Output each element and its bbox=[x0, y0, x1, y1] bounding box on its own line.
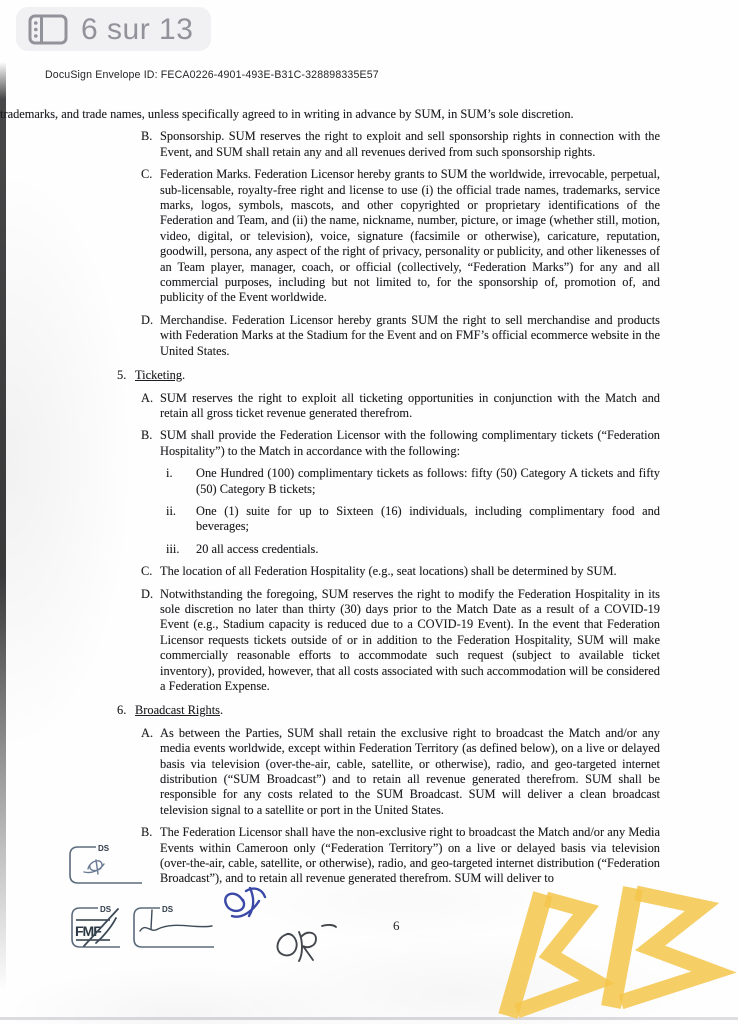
paragraph: C. The location of all Federation Hospit… bbox=[141, 564, 660, 579]
page-thumbnails-icon bbox=[28, 14, 68, 45]
scan-bottom-edge bbox=[0, 1017, 738, 1020]
paragraph: D. Notwithstanding the foregoing, SUM re… bbox=[141, 587, 660, 695]
paragraph: iii. 20 all access credentials. bbox=[166, 542, 660, 557]
page-number: 6 bbox=[393, 918, 400, 934]
paragraph: D. Merchandise. Federation Licensor here… bbox=[141, 313, 660, 359]
paragraph: A. SUM reserves the right to exploit all… bbox=[141, 391, 660, 422]
page-indicator-button[interactable]: 6 sur 13 bbox=[16, 7, 211, 51]
paragraph: B. Sponsorship. SUM reserves the right t… bbox=[141, 129, 660, 160]
section-heading: 6. Broadcast Rights. bbox=[117, 703, 660, 718]
paragraph: ii. One (1) suite for up to Sixteen (16)… bbox=[166, 504, 660, 535]
document-body: trademarks, and trade names, unless spec… bbox=[0, 107, 738, 887]
paragraph: i. One Hundred (100) complimentary ticke… bbox=[166, 466, 660, 497]
viewer-header: 6 sur 13 bbox=[16, 7, 211, 51]
paragraph: trademarks, and trade names, unless spec… bbox=[0, 107, 738, 122]
paragraph: B. SUM shall provide the Federation Lice… bbox=[141, 428, 660, 459]
paragraph: A. As between the Parties, SUM shall ret… bbox=[141, 726, 660, 818]
paragraph: B. The Federation Licensor shall have th… bbox=[141, 825, 660, 887]
section-heading: 5. Ticketing. bbox=[117, 368, 660, 383]
page-indicator-label: 6 sur 13 bbox=[81, 13, 193, 45]
docusign-envelope-id: DocuSign Envelope ID: FECA0226-4901-493E… bbox=[45, 69, 379, 81]
paragraph: C. Federation Marks. Federation Licensor… bbox=[141, 167, 660, 306]
